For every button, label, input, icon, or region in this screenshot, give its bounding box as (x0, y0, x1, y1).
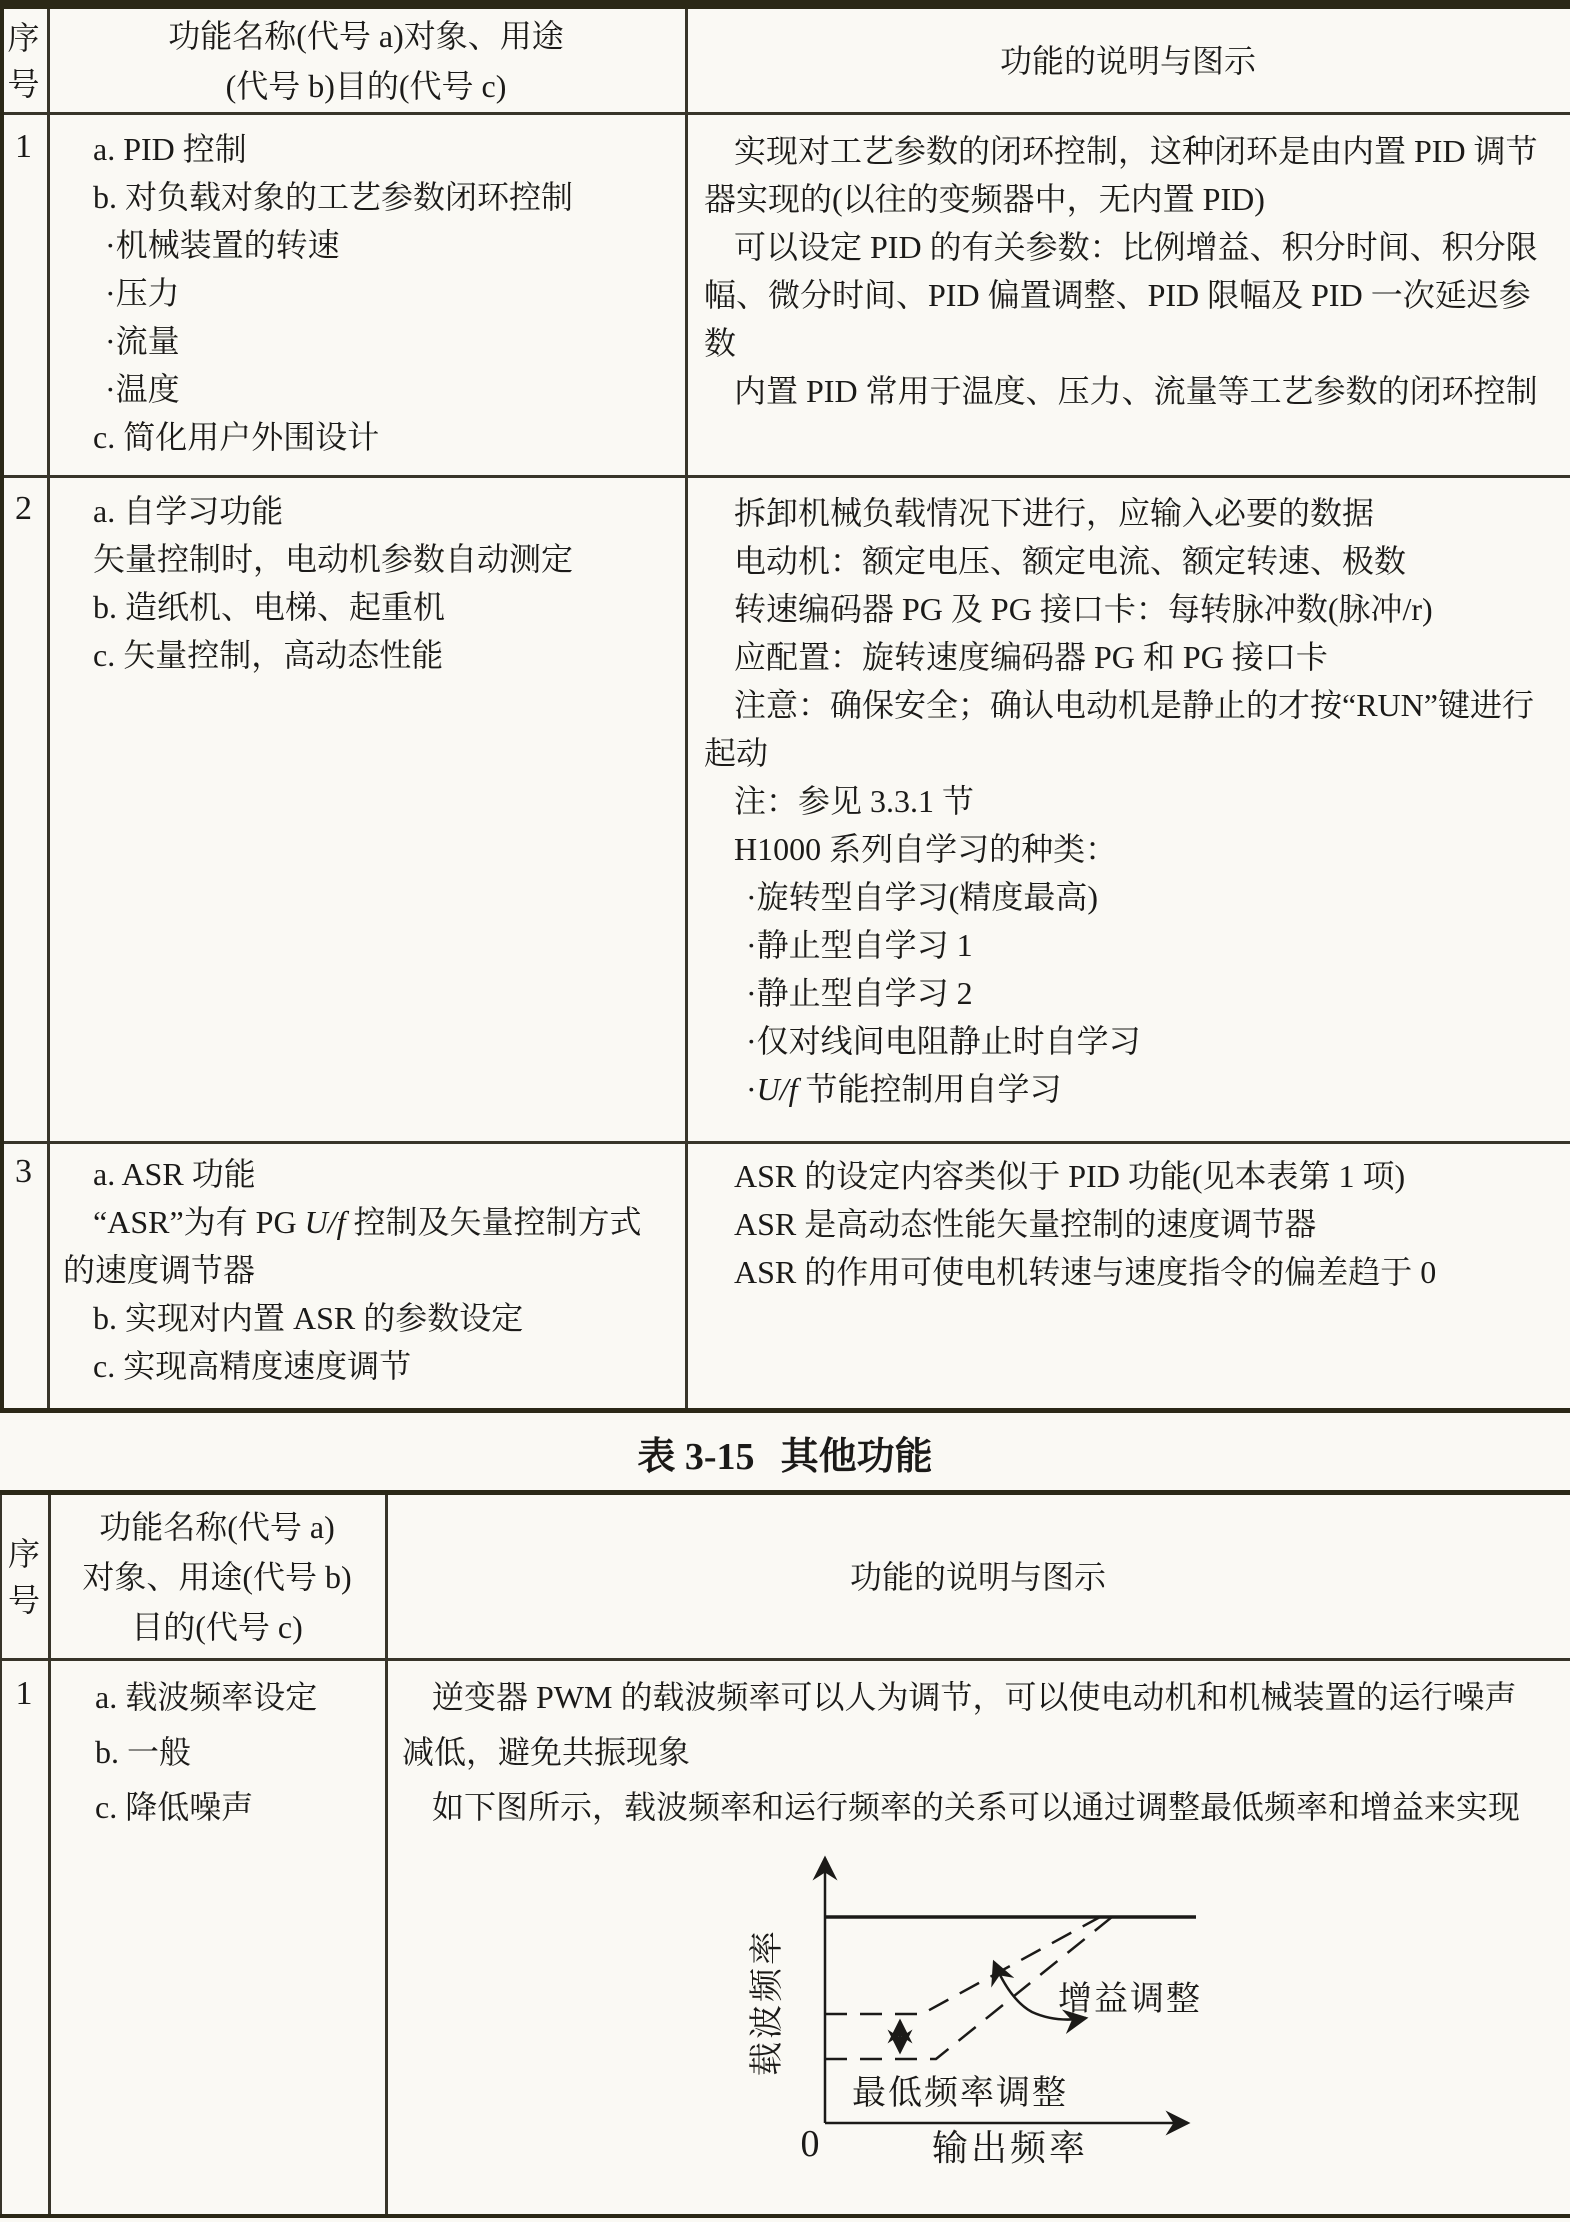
table1-row1-number: 1 (0, 128, 47, 166)
text-line: 器实现的(以往的变频器中，无内置 PID) (704, 176, 1566, 224)
text-line: 应配置：旋转速度编码器 PG 和 PG 接口卡 (704, 634, 1566, 682)
table1-header-seq-no: 序 号 (0, 12, 47, 110)
text-line: ASR 的设定内容类似于 PID 功能(见本表第 1 项) (704, 1153, 1566, 1201)
table1-row2-separator (0, 1141, 1570, 1144)
table1-header-description: 功能的说明与图示 (688, 12, 1568, 110)
table2-header-function-name: 功能名称(代号 a) 对象、用途(代号 b) 目的(代号 c) (51, 1498, 383, 1655)
text-line: c. 简化用户外围设计 (63, 414, 683, 462)
text-line: a. PID 控制 (63, 126, 683, 174)
header-line: 功能的说明与图示 (850, 1552, 1106, 1602)
header-line: 对象、用途(代号 b) (82, 1552, 351, 1602)
table2-header-seq-no: 序 号 (0, 1498, 48, 1655)
table1-row1-function-cell: a. PID 控制b. 对负载对象的工艺参数闭环控制·机械装置的转速·压力·流量… (63, 126, 683, 462)
text-line: a. 载波频率设定 (65, 1672, 383, 1727)
text-line: b. 对负载对象的工艺参数闭环控制 (63, 174, 683, 222)
text-line: c. 矢量控制，高动态性能 (63, 632, 683, 680)
text-line: ·静止型自学习 1 (704, 922, 1566, 970)
y-axis-label: 载波频率 (748, 1928, 786, 2076)
text-line: ·旋转型自学习(精度最高) (704, 874, 1566, 922)
header-line: 功能的说明与图示 (1000, 36, 1256, 86)
text-line: 数 (704, 320, 1566, 368)
header-line: 目的(代号 c) (131, 1602, 303, 1652)
text-line: ·机械装置的转速 (63, 222, 683, 270)
table1-header-function-name: 功能名称(代号 a)对象、用途 (代号 b)目的(代号 c) (50, 12, 682, 110)
text-line: 注：参见 3.3.1 节 (704, 778, 1566, 826)
table1-row2-description-cell: 拆卸机械负载情况下进行，应输入必要的数据电动机：额定电压、额定电流、额定转速、极… (704, 490, 1566, 1114)
table2-row1-function-cell: a. 载波频率设定b. 一般c. 降低噪声 (65, 1672, 383, 1837)
text-line: 如下图所示，载波频率和运行频率的关系可以通过调整最低频率和增益来实现 (402, 1782, 1562, 1837)
table2-caption: 表 3-15 其他功能 (0, 1424, 1570, 1480)
text-line: ·压力 (63, 270, 683, 318)
text-line: 转速编码器 PG 及 PG 接口卡：每转脉冲数(脉冲/r) (704, 586, 1566, 634)
text-line: 减低，避免共振现象 (402, 1727, 1562, 1782)
table2-caption-label: 表 3-15 (637, 1425, 754, 1480)
text-line: c. 降低噪声 (65, 1782, 383, 1837)
text-line: ·流量 (63, 318, 683, 366)
table1-col2-border (685, 9, 688, 1408)
text-line: b. 造纸机、电梯、起重机 (63, 584, 683, 632)
text-line: ·U/f 节能控制用自学习 (704, 1066, 1566, 1114)
text-line: a. 自学习功能 (63, 488, 683, 536)
gain-adjust-label: 增益调整 (1058, 1980, 1200, 2018)
min-freq-adjust-label: 最低频率调整 (852, 2074, 1068, 2112)
header-line: 功能名称(代号 a)对象、用途 (168, 11, 564, 61)
text-line: c. 实现高精度速度调节 (63, 1343, 683, 1391)
text-line: b. 实现对内置 ASR 的参数设定 (63, 1295, 683, 1343)
header-line: 功能名称(代号 a) (99, 1502, 335, 1552)
text-line: 内置 PID 常用于温度、压力、流量等工艺参数的闭环控制 (704, 368, 1566, 416)
table2-row1-number: 1 (0, 1675, 48, 1713)
text-line: ·仅对线间电阻静止时自学习 (704, 1018, 1566, 1066)
table1-row1-separator (0, 475, 1570, 478)
text-line: a. ASR 功能 (63, 1151, 683, 1199)
text-line: 的速度调节器 (63, 1247, 683, 1295)
text-line: 可以设定 PID 的有关参数：比例增益、积分时间、积分限 (704, 224, 1566, 272)
text-line: “ASR”为有 PG U/f 控制及矢量控制方式 (63, 1199, 683, 1247)
text-line: 实现对工艺参数的闭环控制，这种闭环是由内置 PID 调节 (704, 128, 1566, 176)
text-line: 起动 (704, 730, 1566, 778)
text-line: 拆卸机械负载情况下进行，应输入必要的数据 (704, 490, 1566, 538)
table1-row2-function-cell: a. 自学习功能矢量控制时，电动机参数自动测定b. 造纸机、电梯、起重机c. 矢… (63, 488, 683, 680)
table1-bottom-rule (0, 1408, 1570, 1413)
header-char: 序 (7, 20, 39, 56)
text-line: 电动机：额定电压、额定电流、额定转速、极数 (704, 538, 1566, 586)
text-line: ASR 是高动态性能矢量控制的速度调节器 (704, 1201, 1566, 1249)
text-line: 注意：确保安全；确认电动机是静止的才按“RUN”键进行 (704, 682, 1566, 730)
x-axis-label: 输出频率 (932, 2128, 1088, 2168)
text-line: 矢量控制时，电动机参数自动测定 (63, 536, 683, 584)
table2-top-rule (0, 1490, 1570, 1495)
carrier-frequency-diagram: 载波频率 增益调整 最低频率调整 0 输出频率 (660, 1842, 1200, 2172)
origin-label: 0 (801, 2123, 820, 2165)
table1-row1-description-cell: 实现对工艺参数的闭环控制，这种闭环是由内置 PID 调节器实现的(以往的变频器中… (704, 128, 1566, 416)
table2-header-separator (0, 1658, 1570, 1661)
text-line: 逆变器 PWM 的载波频率可以人为调节，可以使电动机和机械装置的运行噪声 (402, 1672, 1562, 1727)
text-line: ·静止型自学习 2 (704, 970, 1566, 1018)
table1-row3-number: 3 (0, 1153, 47, 1191)
table1-top-rule (0, 0, 1570, 9)
table1-col1-border (47, 9, 50, 1408)
table2-caption-title: 其他功能 (781, 1425, 933, 1480)
table1-row3-description-cell: ASR 的设定内容类似于 PID 功能(见本表第 1 项)ASR 是高动态性能矢… (704, 1153, 1566, 1297)
table1-row2-number: 2 (0, 490, 47, 528)
table2-header-description: 功能的说明与图示 (388, 1498, 1568, 1655)
table2-row1-description-cell: 逆变器 PWM 的载波频率可以人为调节，可以使电动机和机械装置的运行噪声减低，避… (402, 1672, 1562, 1837)
scanned-manual-page: 序 号 功能名称(代号 a)对象、用途 (代号 b)目的(代号 c) 功能的说明… (0, 0, 1570, 2222)
header-char: 号 (8, 1582, 40, 1618)
text-line: 幅、微分时间、PID 偏置调整、PID 限幅及 PID 一次延迟参 (704, 272, 1566, 320)
table1-header-separator (0, 112, 1570, 115)
table1-left-border (0, 0, 4, 1413)
text-line: b. 一般 (65, 1727, 383, 1782)
header-char: 序 (8, 1536, 40, 1572)
text-line: H1000 系列自学习的种类： (704, 826, 1566, 874)
table1-row3-function-cell: a. ASR 功能“ASR”为有 PG U/f 控制及矢量控制方式的速度调节器b… (63, 1151, 683, 1391)
header-line: (代号 b)目的(代号 c) (226, 61, 507, 111)
text-line: ·温度 (63, 366, 683, 414)
header-char: 号 (7, 66, 39, 102)
table2-bottom-rule (0, 2214, 1570, 2218)
text-line: ASR 的作用可使电机转速与速度指令的偏差趋于 0 (704, 1249, 1566, 1297)
